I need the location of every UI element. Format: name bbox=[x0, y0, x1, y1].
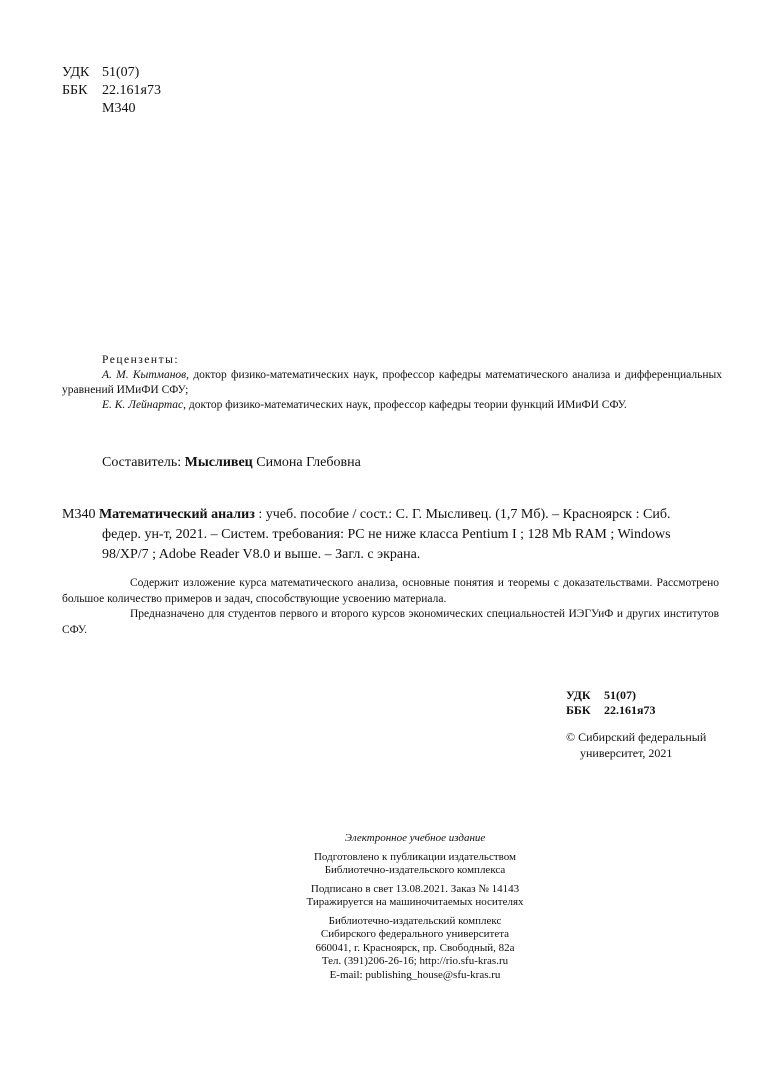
publisher-address: 660041, г. Красноярск, пр. Свободный, 82… bbox=[200, 942, 630, 956]
classification-block: УДК 51(07) ББК 22.161я73 М340 bbox=[62, 64, 161, 118]
biblio-line1-rest: : учеб. пособие / сост.: С. Г. Мысливец.… bbox=[255, 507, 671, 522]
copyright-line2: университет, 2021 bbox=[566, 746, 706, 762]
copyright-line1: © Сибирский федеральный bbox=[566, 730, 706, 746]
compiler-label: Составитель: bbox=[102, 455, 181, 470]
annotation-paragraph: Предназначено для студентов первого и вт… bbox=[62, 607, 719, 638]
bbk-label: ББК bbox=[566, 703, 604, 718]
bbk-value: 22.161я73 bbox=[102, 82, 161, 100]
udk-label: УДК bbox=[62, 64, 102, 82]
biblio-first-line: М340 Математический анализ : учеб. пособ… bbox=[62, 505, 719, 525]
annotation-block: Содержит изложение курса математического… bbox=[62, 576, 719, 638]
annotation-paragraph: Содержит изложение курса математического… bbox=[62, 576, 719, 607]
publisher-line: Сибирского федерального университета bbox=[200, 928, 630, 942]
codes-block: УДК 51(07) ББК 22.161я73 bbox=[566, 688, 656, 718]
author-mark: М340 bbox=[62, 100, 161, 118]
compiler-line: Составитель: Мысливец Симона Глебовна bbox=[102, 455, 361, 471]
biblio-rest: федер. ун-т, 2021. – Систем. требования:… bbox=[62, 525, 719, 565]
book-title: Математический анализ bbox=[99, 507, 255, 522]
biblio-mark: М340 bbox=[62, 507, 95, 522]
reviewer-item: А. М. Кытманов, доктор физико-математиче… bbox=[62, 368, 722, 398]
reviewers-title: Рецензенты: bbox=[62, 353, 722, 368]
udk-row-bold: УДК 51(07) bbox=[566, 688, 656, 703]
bbk-label: ББК bbox=[62, 82, 102, 100]
reviewer-desc: , доктор физико-математических наук, про… bbox=[183, 399, 627, 411]
compiler-surname: Мысливец bbox=[185, 455, 253, 470]
reviewers-block: Рецензенты: А. М. Кытманов, доктор физик… bbox=[62, 353, 722, 413]
bbk-row: ББК 22.161я73 bbox=[62, 82, 161, 100]
compiler-given: Симона Глебовна bbox=[256, 455, 361, 470]
imprint-block: Электронное учебное издание Подготовлено… bbox=[200, 832, 630, 987]
prepared-line: Подготовлено к публикации издательством bbox=[200, 851, 630, 865]
udk-value: 51(07) bbox=[604, 688, 636, 703]
signed-group: Подписано в свет 13.08.2021. Заказ № 141… bbox=[200, 883, 630, 910]
bbk-row-bold: ББК 22.161я73 bbox=[566, 703, 656, 718]
prepared-line: Библиотечно-издательского комплекса bbox=[200, 864, 630, 878]
prepared-group: Подготовлено к публикации издательством … bbox=[200, 851, 630, 878]
signed-line: Подписано в свет 13.08.2021. Заказ № 141… bbox=[200, 883, 630, 897]
reviewer-item: Е. К. Лейнартас, доктор физико-математич… bbox=[62, 398, 722, 413]
publisher-email[interactable]: E-mail: publishing_house@sfu-kras.ru bbox=[200, 969, 630, 983]
bbk-value: 22.161я73 bbox=[604, 703, 656, 718]
udk-label: УДК bbox=[566, 688, 604, 703]
copyright-block: © Сибирский федеральный университет, 202… bbox=[566, 730, 706, 761]
udk-value: 51(07) bbox=[102, 64, 139, 82]
publisher-phone-url[interactable]: Тел. (391)206-26-16; http://rio.sfu-kras… bbox=[200, 955, 630, 969]
reviewer-name: А. М. Кытманов bbox=[102, 369, 186, 381]
bibliographic-record: М340 Математический анализ : учеб. пособ… bbox=[62, 505, 719, 565]
signed-line: Тиражируется на машиночитаемых носителях bbox=[200, 896, 630, 910]
udk-row: УДК 51(07) bbox=[62, 64, 161, 82]
edition-type: Электронное учебное издание bbox=[345, 832, 486, 844]
publisher-group: Библиотечно-издательский комплекс Сибирс… bbox=[200, 915, 630, 983]
publisher-line: Библиотечно-издательский комплекс bbox=[200, 915, 630, 929]
reviewer-name: Е. К. Лейнартас bbox=[102, 399, 183, 411]
